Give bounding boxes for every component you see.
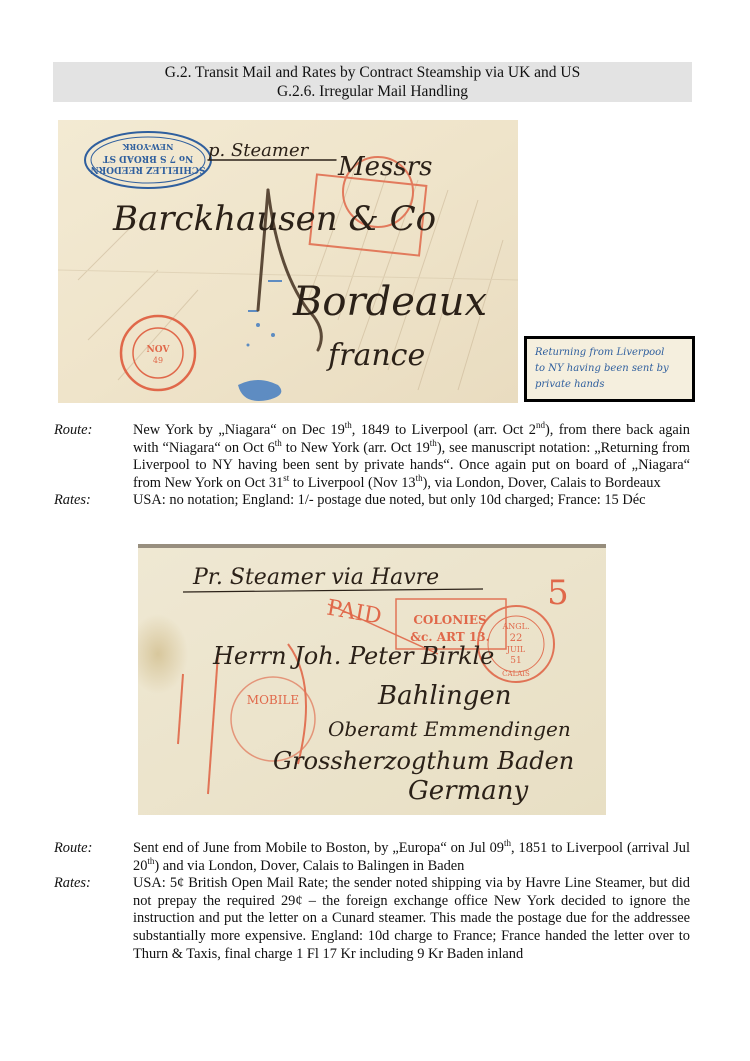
description-block-1: Route: New York by „Niagara“ on Dec 19th… — [54, 422, 690, 510]
svg-text:Grossherzogthum Baden: Grossherzogthum Baden — [273, 747, 574, 775]
svg-text:JUIL: JUIL — [506, 645, 526, 654]
svg-text:Bordeaux: Bordeaux — [292, 279, 487, 325]
svg-text:CALAIS: CALAIS — [502, 670, 530, 678]
svg-text:Returning from Liverpool: Returning from Liverpool — [534, 347, 664, 358]
svg-text:49: 49 — [153, 356, 163, 365]
svg-text:22: 22 — [510, 633, 523, 644]
rates-row: Rates: USA: 5¢ British Open Mail Rate; t… — [54, 875, 690, 963]
description-block-2: Route: Sent end of June from Mobile to B… — [54, 840, 690, 963]
section-title: G.2. Transit Mail and Rates by Contract … — [53, 63, 692, 82]
svg-text:Barckhausen & Co: Barckhausen & Co — [112, 199, 436, 239]
route-text: Sent end of June from Mobile to Boston, … — [133, 840, 690, 875]
section-subtitle: G.2.6. Irregular Mail Handling — [53, 82, 692, 101]
svg-text:51: 51 — [510, 656, 521, 666]
svg-text:Herrn Joh. Peter Birkle: Herrn Joh. Peter Birkle — [212, 642, 494, 670]
svg-text:COLONIES: COLONIES — [413, 613, 486, 627]
route-row: Route: Sent end of June from Mobile to B… — [54, 840, 690, 875]
rates-text: USA: no notation; England: 1/- postage d… — [133, 492, 690, 510]
svg-text:SCHIELLEZ REEDORN: SCHIELLEZ REEDORN — [90, 164, 205, 174]
section-header: G.2. Transit Mail and Rates by Contract … — [53, 62, 692, 102]
route-text: New York by „Niagara“ on Dec 19th, 1849 … — [133, 422, 690, 492]
svg-text:No 7 S BROAD ST: No 7 S BROAD ST — [102, 153, 193, 163]
inset-manuscript-note: Returning from Liverpool to NY having be… — [524, 336, 695, 402]
rates-text: USA: 5¢ British Open Mail Rate; the send… — [133, 875, 690, 963]
rates-row: Rates: USA: no notation; England: 1/- po… — [54, 492, 690, 510]
svg-text:to NY having been sent by: to NY having been sent by — [535, 363, 669, 374]
svg-text:5: 5 — [547, 573, 569, 613]
route-label: Route: — [54, 840, 133, 875]
svg-text:p. Steamer: p. Steamer — [208, 140, 310, 161]
svg-text:NEW-YORK: NEW-YORK — [122, 142, 174, 152]
svg-text:MOBILE: MOBILE — [247, 693, 299, 707]
svg-text:Germany: Germany — [408, 776, 528, 806]
rates-label: Rates: — [54, 875, 133, 963]
route-row: Route: New York by „Niagara“ on Dec 19th… — [54, 422, 690, 492]
svg-text:Messrs: Messrs — [337, 152, 432, 182]
svg-text:ANGL.: ANGL. — [501, 622, 529, 631]
svg-text:Oberamt Emmendingen: Oberamt Emmendingen — [328, 717, 571, 741]
svg-text:Pr. Steamer via Havre: Pr. Steamer via Havre — [192, 565, 439, 590]
svg-text:france: france — [326, 338, 425, 373]
svg-text:private hands: private hands — [535, 379, 604, 390]
svg-text:Bahlingen: Bahlingen — [377, 681, 512, 711]
route-label: Route: — [54, 422, 133, 492]
rates-label: Rates: — [54, 492, 133, 510]
cover-image-bordeaux: SCHIELLEZ REEDORN No 7 S BROAD ST NEW-YO… — [58, 120, 518, 403]
cover-image-baden: 5 PAID COLONIES &c. ART 13. ANGL. 22 JUI… — [138, 544, 606, 815]
svg-text:NOV: NOV — [147, 345, 171, 355]
